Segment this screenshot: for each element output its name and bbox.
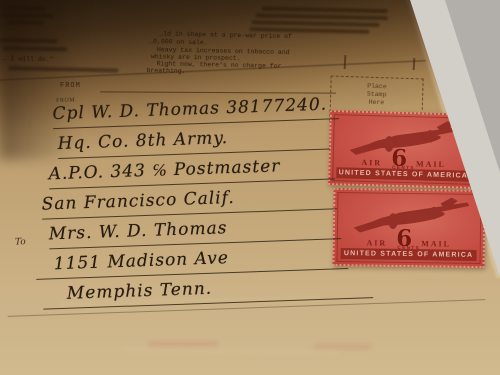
illegible-typed-line [6,6,46,10]
paper-wrinkle [120,348,340,354]
address-line-sender-name: Cpl W. D. Thomas 38177240. [52,94,339,129]
handwritten-address-block: FROM. Cpl W. D. Thomas 38177240. Hq. Co.… [0,81,500,348]
handwriting-text: Cpl W. D. Thomas 38177240. [52,95,327,125]
ink-bleed-smudge [314,344,372,349]
handwriting-text: Memphis Tenn. [67,279,213,304]
handwriting-text: San Francisco Calif. [41,188,235,215]
typed-from-label: FROM [60,82,81,90]
handwriting-text: Hq. Co. 8th Army. [57,128,228,154]
address-line-street: 1151 Madison Ave [35,244,348,280]
illegible-typed-line [262,6,388,12]
illegible-typed-line [252,20,380,26]
illegible-typed-line [3,46,67,51]
illegible-typed-line [2,13,54,18]
illegible-typed-line [8,20,44,24]
envelope-photograph: … I will do." …ld in shape at a pre-war … [0,0,500,375]
printed-to-label: To [15,237,26,247]
address-line-unit: Hq. Co. 8th Army. [57,125,330,159]
handwriting-text: Mrs. W. D. Thomas [48,218,227,244]
handwriting-text: A.P.O. 343 ℅ Postmaster [48,156,280,184]
address-line-recipient-name: Mrs. W. D. Thomas [48,214,341,249]
typed-fragment: …0,000 on sale. [149,38,208,46]
illegible-typed-line [0,38,57,43]
illegible-typed-signature [9,66,119,72]
handwriting-text: 1151 Madison Ave [53,248,229,274]
address-line-city-sender: San Francisco Calif. [41,184,337,219]
typed-fragment: … I will do." [3,55,54,63]
envelope-paper: … I will do." …ld in shape at a pre-war … [0,0,500,375]
illegible-typed-line [256,13,388,19]
address-line-apo: A.P.O. 343 ℅ Postmaster [48,154,335,189]
